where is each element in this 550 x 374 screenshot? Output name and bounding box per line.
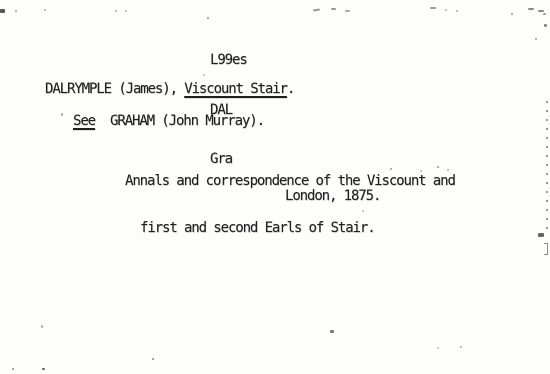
card-edge-mark (544, 243, 548, 255)
noise-speck (390, 168, 392, 170)
noise-speck (203, 74, 205, 76)
catalog-card-scan: { "colors": { "paper": "#fdfdfc", "ink":… (0, 0, 550, 374)
heading-period: . (287, 81, 294, 97)
noise-speck (538, 10, 544, 12)
heading-name: DALRYMPLE (James), (45, 81, 184, 97)
noise-speck (61, 113, 63, 116)
title-line-2: first and second Earls of Stair. (125, 221, 455, 237)
noise-speck (207, 17, 209, 19)
noise-speck (535, 38, 537, 40)
heading-title-underlined: Viscount Stair (184, 81, 287, 97)
noise-speck (44, 9, 46, 11)
heading-line: DALRYMPLE (James), Viscount Stair. (45, 81, 294, 98)
noise-speck (12, 368, 14, 370)
noise-speck (345, 10, 350, 12)
noise-speck (445, 9, 447, 11)
noise-speck (437, 166, 439, 168)
noise-speck (330, 330, 334, 333)
noise-speck (42, 368, 45, 370)
imprint-line: London, 1875. (285, 188, 380, 205)
noise-speck (447, 169, 449, 171)
noise-speck (115, 10, 117, 12)
noise-speck (430, 7, 436, 9)
noise-speck (152, 358, 154, 360)
noise-speck (362, 210, 364, 212)
noise-speck (331, 8, 336, 10)
card-edge-perforation (546, 101, 548, 229)
noise-speck (15, 10, 17, 12)
noise-speck (125, 10, 127, 12)
noise-speck (437, 347, 439, 349)
see-label: See (73, 113, 95, 129)
noise-speck (313, 9, 320, 12)
see-reference-line: SeeGRAHAM (John Murray). (73, 113, 264, 130)
noise-speck (543, 13, 546, 15)
noise-speck (528, 8, 534, 10)
noise-speck (511, 13, 513, 15)
noise-speck (456, 10, 458, 12)
noise-speck (0, 9, 5, 13)
noise-speck (538, 233, 544, 237)
noise-speck (544, 24, 547, 27)
call-number-line-1: L99es (210, 52, 247, 69)
noise-speck (460, 346, 462, 348)
noise-speck (420, 170, 422, 172)
noise-speck (41, 325, 43, 328)
see-target: GRAHAM (John Murray). (110, 113, 264, 129)
